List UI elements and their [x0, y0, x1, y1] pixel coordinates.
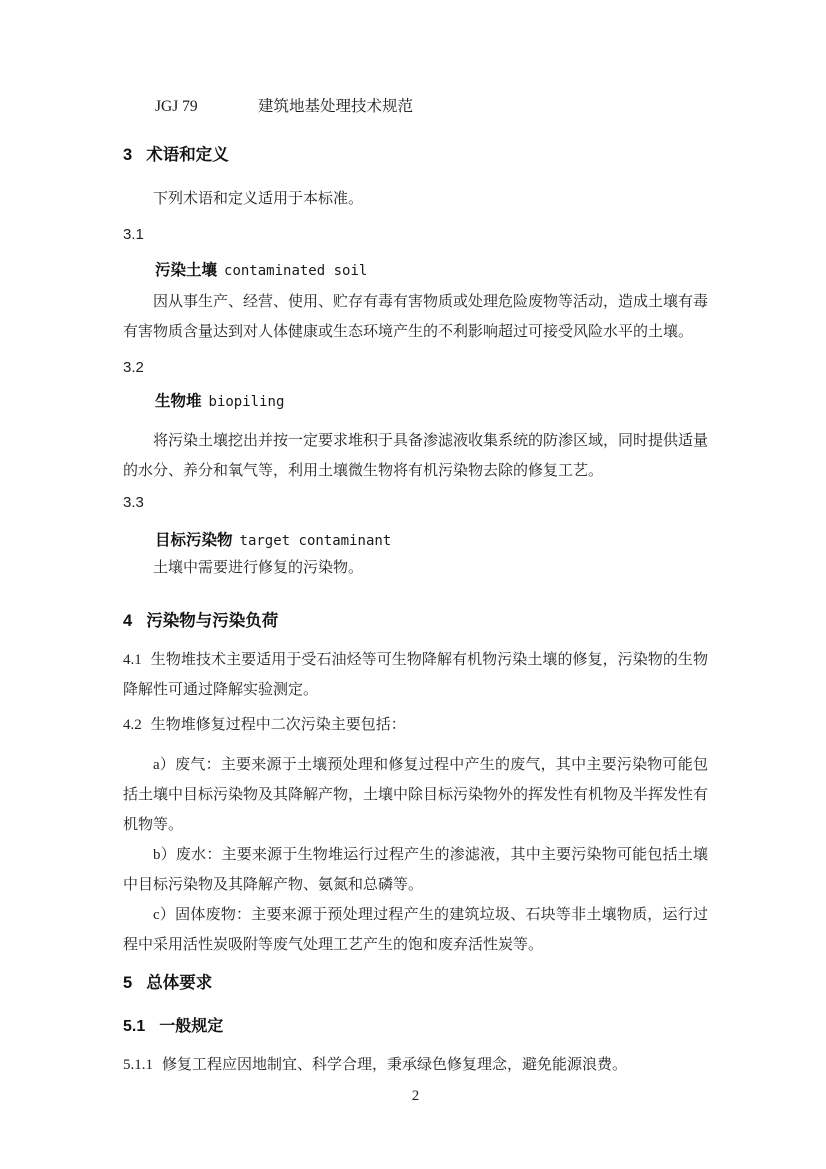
list-item-b: b）废水：主要来源于生物堆运行过程产生的渗滤液，其中主要污染物可能包括土壤中目标… [123, 840, 708, 900]
term-3-3-en: target contaminant [240, 533, 392, 549]
section-4-heading: 4污染物与污染负荷 [123, 609, 708, 633]
term-3-2-definition: 将污染土壤挖出并按一定要求堆积于具备渗滤液收集系统的防渗区域，同时提供适量的水分… [123, 426, 708, 486]
term-3-2-number: 3.2 [123, 357, 708, 379]
list-item-a: a）废气：主要来源于土壤预处理和修复过程中产生的废气，其中主要污染物可能包括土壤… [123, 750, 708, 840]
clause-4-2-number: 4.2 [123, 717, 142, 733]
term-3-1-heading: 污染土壤contaminated soil [123, 259, 708, 283]
term-3-2-heading: 生物堆biopiling [123, 390, 708, 414]
subsection-5-1-number: 5.1 [123, 1018, 145, 1035]
term-3-1-number: 3.1 [123, 224, 708, 246]
reference-title: 建筑地基处理技术规范 [258, 98, 413, 115]
section-5-number: 5 [123, 974, 132, 992]
section-3-intro: 下列术语和定义适用于本标准。 [123, 184, 708, 214]
section-4-title: 污染物与污染负荷 [146, 612, 278, 630]
term-3-1-en: contaminated soil [224, 263, 367, 279]
section-3-number: 3 [123, 146, 132, 164]
section-4-number: 4 [123, 612, 132, 630]
term-3-3-number: 3.3 [123, 492, 708, 514]
clause-5-1-1-number: 5.1.1 [123, 1057, 153, 1073]
clause-5-1-1: 5.1.1修复工程应因地制宜、科学合理，秉承绿色修复理念，避免能源浪费。 [123, 1050, 708, 1080]
section-3-heading: 3术语和定义 [123, 143, 708, 167]
clause-4-1-text: 生物堆技术主要适用于受石油烃等可生物降解有机物污染土壤的修复，污染物的生物降解性… [123, 652, 708, 698]
list-item-c: c）固体废物：主要来源于预处理过程产生的建筑垃圾、石块等非土壤物质，运行过程中采… [123, 900, 708, 960]
reference-entry: JGJ 79建筑地基处理技术规范 [123, 96, 708, 118]
clause-4-2: 4.2生物堆修复过程中二次污染主要包括： [123, 710, 708, 740]
term-3-3-zh: 目标污染物 [155, 532, 233, 549]
term-3-1-definition: 因从事生产、经营、使用、贮存有毒有害物质或处理危险废物等活动，造成土壤有毒有害物… [123, 287, 708, 347]
document-page: JGJ 79建筑地基处理技术规范 3术语和定义 下列术语和定义适用于本标准。 3… [0, 0, 826, 1169]
clause-5-1-1-text: 修复工程应因地制宜、科学合理，秉承绿色修复理念，避免能源浪费。 [162, 1057, 627, 1073]
section-3-title: 术语和定义 [146, 146, 229, 164]
reference-code: JGJ 79 [155, 96, 258, 118]
term-3-3-definition: 土壤中需要进行修复的污染物。 [123, 553, 708, 583]
section-5-heading: 5总体要求 [123, 971, 708, 995]
subsection-5-1-heading: 5.1一般规定 [123, 1015, 708, 1039]
page-number: 2 [123, 1085, 708, 1107]
clause-4-1: 4.1生物堆技术主要适用于受石油烃等可生物降解有机物污染土壤的修复，污染物的生物… [123, 645, 708, 705]
clause-4-2-text: 生物堆修复过程中二次污染主要包括： [151, 717, 406, 733]
term-3-2-zh: 生物堆 [155, 393, 202, 410]
term-3-3-heading: 目标污染物target contaminant [123, 529, 708, 553]
subsection-5-1-title: 一般规定 [159, 1018, 223, 1035]
term-3-2-en: biopiling [209, 394, 285, 410]
term-3-1-zh: 污染土壤 [155, 262, 217, 279]
clause-4-1-number: 4.1 [123, 652, 142, 668]
section-5-title: 总体要求 [146, 974, 212, 992]
